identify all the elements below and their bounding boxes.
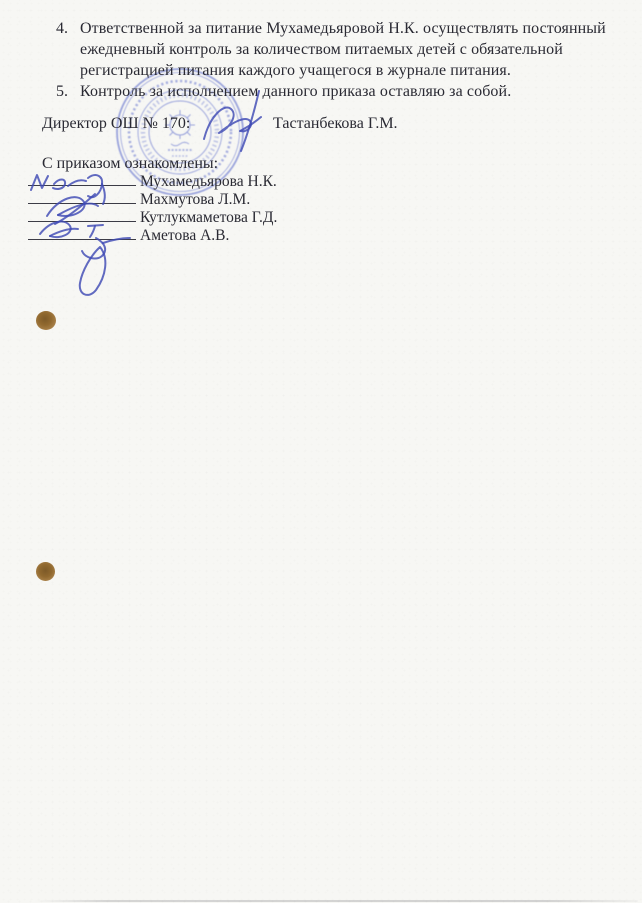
signature-line [28, 172, 136, 186]
signatory-row: Махмутова Л.М. [28, 190, 277, 208]
list-item-4: 4. Ответственной за питание Мухамедьяров… [56, 18, 616, 81]
signatory-name: Кутлукмаметова Г.Д. [140, 209, 277, 226]
hole-punch [36, 311, 56, 330]
hole-punch [36, 562, 55, 581]
signatory-row: Кутлукмаметова Г.Д. [28, 208, 277, 226]
signatory-name: Махмутова Л.М. [140, 191, 250, 208]
page-bottom-edge [34, 900, 638, 902]
signatory-name: Мухамедьярова Н.К. [140, 173, 277, 190]
director-label: Директор ОШ № 170: [42, 115, 190, 133]
director-line: Директор ОШ № 170: Тастанбекова Г.М. [0, 115, 642, 137]
document-page: 4. Ответственной за питание Мухамедьяров… [0, 0, 642, 903]
list-item-5: 5. Контроль за исполнением данного прика… [56, 81, 616, 102]
signatory-row: Аметова А.В. [28, 226, 277, 244]
director-name: Тастанбекова Г.М. [273, 115, 398, 133]
signatory-list: Мухамедьярова Н.К. Махмутова Л.М. Кутлук… [28, 172, 277, 244]
acknowledgement-heading: С приказом ознакомлены: [42, 155, 218, 173]
item-text: Ответственной за питание Мухамедьяровой … [80, 18, 606, 81]
signatory-name: Аметова А.В. [140, 227, 229, 244]
ordered-list: 4. Ответственной за питание Мухамедьяров… [56, 18, 616, 102]
signature-line [28, 226, 136, 240]
signatory-row: Мухамедьярова Н.К. [28, 172, 277, 190]
signature-scribble-3 [80, 238, 130, 295]
item-number: 4. [56, 18, 80, 39]
signature-line [28, 208, 136, 222]
item-number: 5. [56, 81, 80, 102]
signature-line [28, 190, 136, 204]
item-text: Контроль за исполнением данного приказа … [80, 81, 511, 102]
